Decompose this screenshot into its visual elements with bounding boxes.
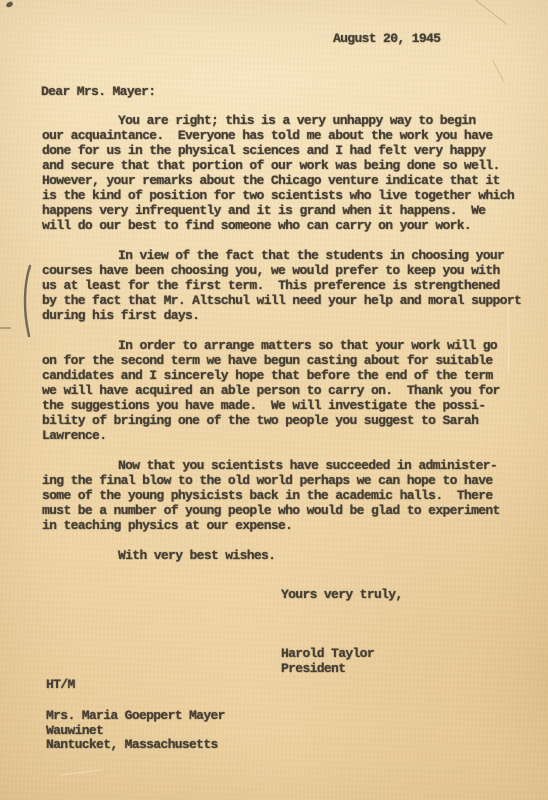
- letter-paper: August 20, 1945 Dear Mrs. Mayer: You are…: [0, 0, 548, 800]
- paper-scratch: [492, 60, 504, 82]
- letter-body: You are right; this is a very unhappy wa…: [42, 113, 534, 578]
- salutation: Dear Mrs. Mayer:: [41, 84, 155, 99]
- paragraph-2: In view of the fact that the students in…: [42, 248, 534, 323]
- typist-initials: HT/M: [46, 677, 75, 692]
- paragraph-1: You are right; this is a very unhappy wa…: [42, 113, 534, 233]
- margin-pen-mark: [16, 262, 40, 340]
- signature-name: Harold Taylor: [281, 646, 374, 661]
- ink-speck: [5, 1, 13, 8]
- paragraph-4: Now that you scientists have succeeded i…: [42, 458, 534, 533]
- date-line: August 20, 1945: [333, 31, 440, 46]
- signature-title: President: [281, 661, 374, 676]
- paper-scratch: [471, 0, 508, 25]
- paragraph-3: In order to arrange matters so that your…: [42, 338, 534, 443]
- closing-paragraph: With very best wishes.: [42, 548, 534, 563]
- signature-block: Harold Taylor President: [281, 646, 374, 676]
- ink-speck: [0, 327, 11, 329]
- complimentary-close: Yours very truly,: [281, 587, 403, 602]
- paper-scratch: [60, 769, 102, 775]
- recipient-address: Mrs. Maria Goeppert Mayer Wauwinet Nantu…: [46, 709, 225, 753]
